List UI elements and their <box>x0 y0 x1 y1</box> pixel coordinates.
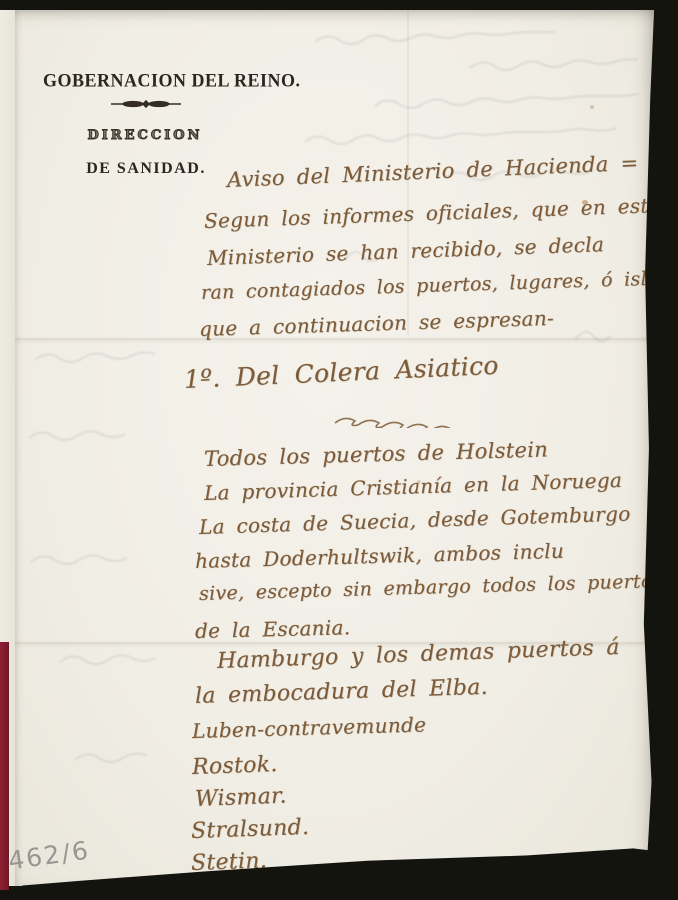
manuscript-line: que a continuacion se espresan- <box>199 306 555 341</box>
fold-crease <box>15 338 656 340</box>
manuscript-line: ran contagiados los puertos, lugares, ó … <box>201 267 669 304</box>
foxing-spot <box>590 105 594 109</box>
archival-photograph: GOBERNACION DEL REINO. DIRECCION DE SANI… <box>0 0 678 900</box>
manuscript-line: La costa de Suecia, desde Gotemburgo <box>199 501 631 539</box>
manuscript-line: Luben-contravemunde <box>192 712 427 743</box>
document-page: GOBERNACION DEL REINO. DIRECCION DE SANI… <box>15 10 656 887</box>
manuscript-line: Ministerio se han recibido, se decla <box>207 232 605 270</box>
manuscript-line: hasta Doderhultswik, ambos inclu <box>195 539 565 573</box>
manuscript-line: Aviso del Ministerio de Hacienda = <box>226 151 638 192</box>
letterhead-agency-title: GOBERNACION DEL REINO. <box>43 69 255 91</box>
heading-flourish <box>333 414 463 428</box>
manuscript-line: Wismar. <box>195 783 288 812</box>
divider-ornament <box>111 98 181 110</box>
manuscript-line: Stralsund. <box>191 815 310 844</box>
section-heading-colera: 1º. Del Colera Asiatico <box>183 351 499 394</box>
manuscript-line: Todos los puertos de Holstein <box>204 437 549 471</box>
letterhead-division-line1: DIRECCION <box>85 128 205 143</box>
manuscript-line: sive, escepto sin embargo todos los puer… <box>199 570 663 605</box>
manuscript-line: de la Escania. <box>195 615 351 643</box>
manuscript-line: la embocadura del Elba. <box>195 675 489 709</box>
manuscript-line: La provincia Cristianía en la Noruega <box>204 468 623 505</box>
letterhead-division-line2: DE SANIDAD. <box>73 160 219 178</box>
manuscript-line: Stetin. <box>191 848 268 876</box>
manuscript-line: Segun los informes oficiales, que en est… <box>204 193 662 233</box>
manuscript-line: Rostok. <box>192 752 278 780</box>
